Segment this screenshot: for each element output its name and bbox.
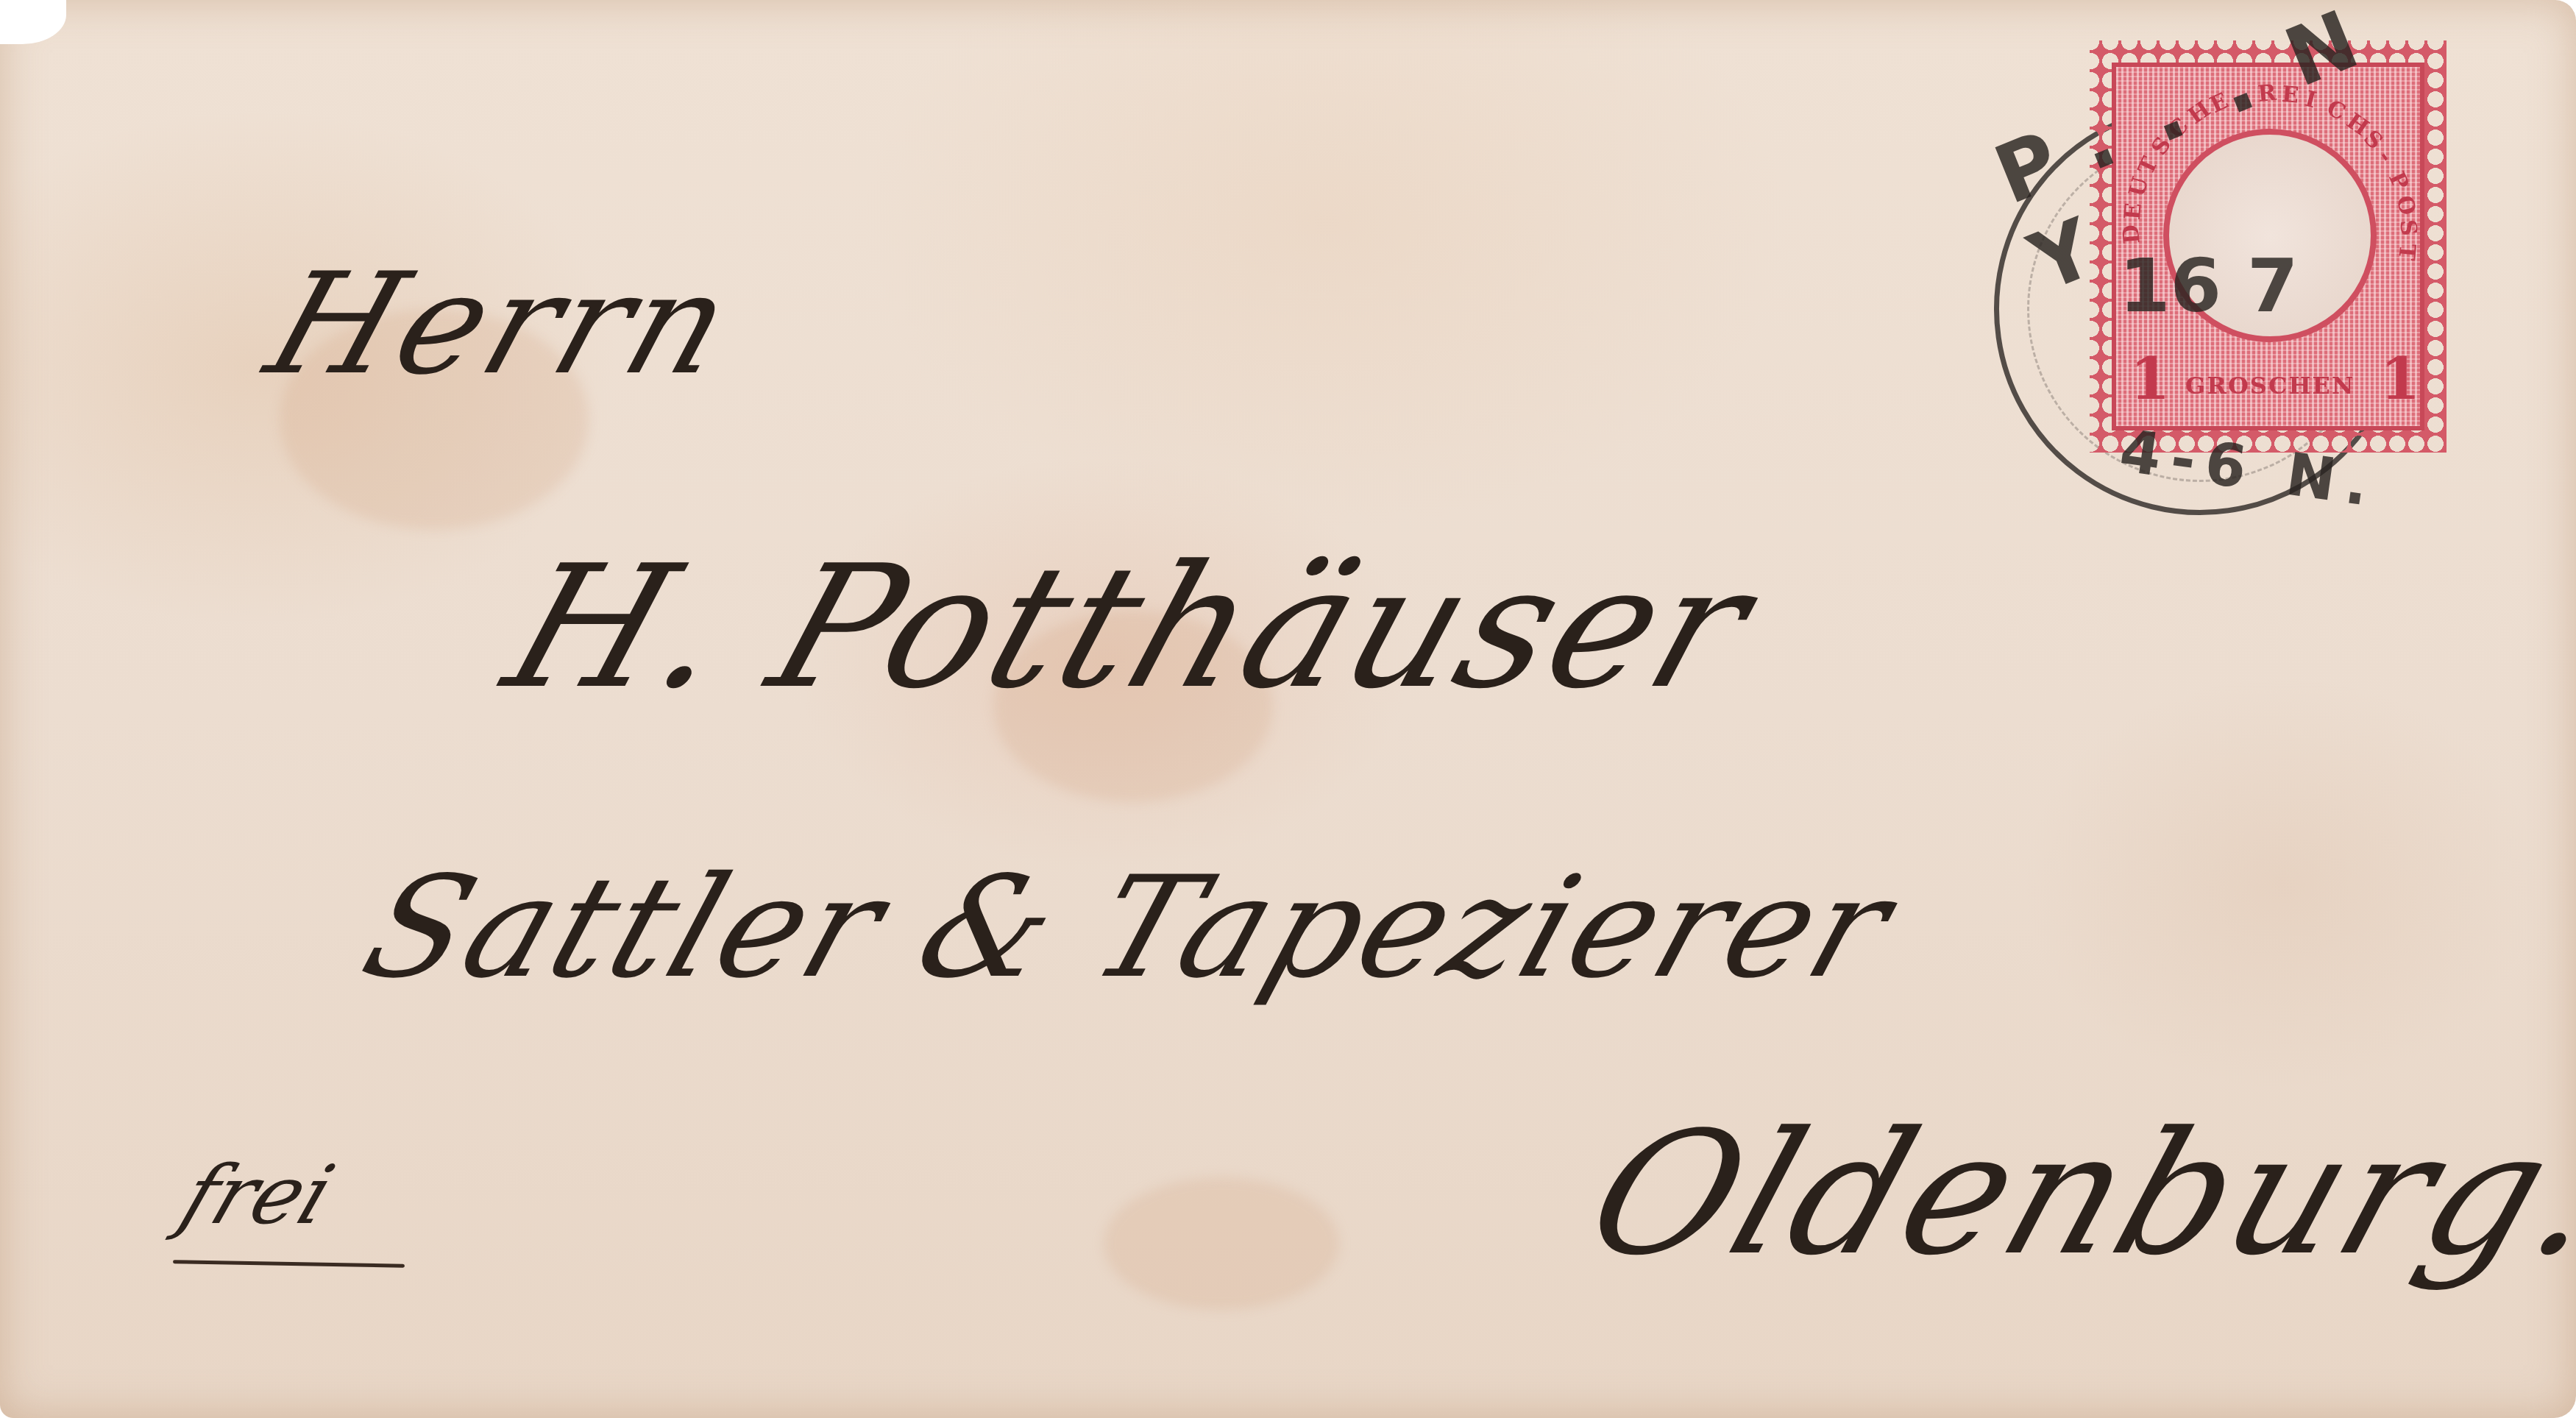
address-salutation: Herrn xyxy=(250,243,753,405)
recipient-city: Oldenburg. xyxy=(1567,1096,2576,1293)
recipient-name: H. Potthäuser xyxy=(486,530,1775,726)
age-stain xyxy=(1104,1177,1339,1310)
postmark-date: 16 7 xyxy=(2119,243,2299,329)
stamp-value-right: 1 xyxy=(2380,346,2420,413)
stamp-value-left: 1 xyxy=(2130,346,2170,413)
stamp-denomination: GROSCHEN xyxy=(2185,372,2355,400)
recipient-occupation: Sattler & Tapezierer xyxy=(346,846,1912,1009)
